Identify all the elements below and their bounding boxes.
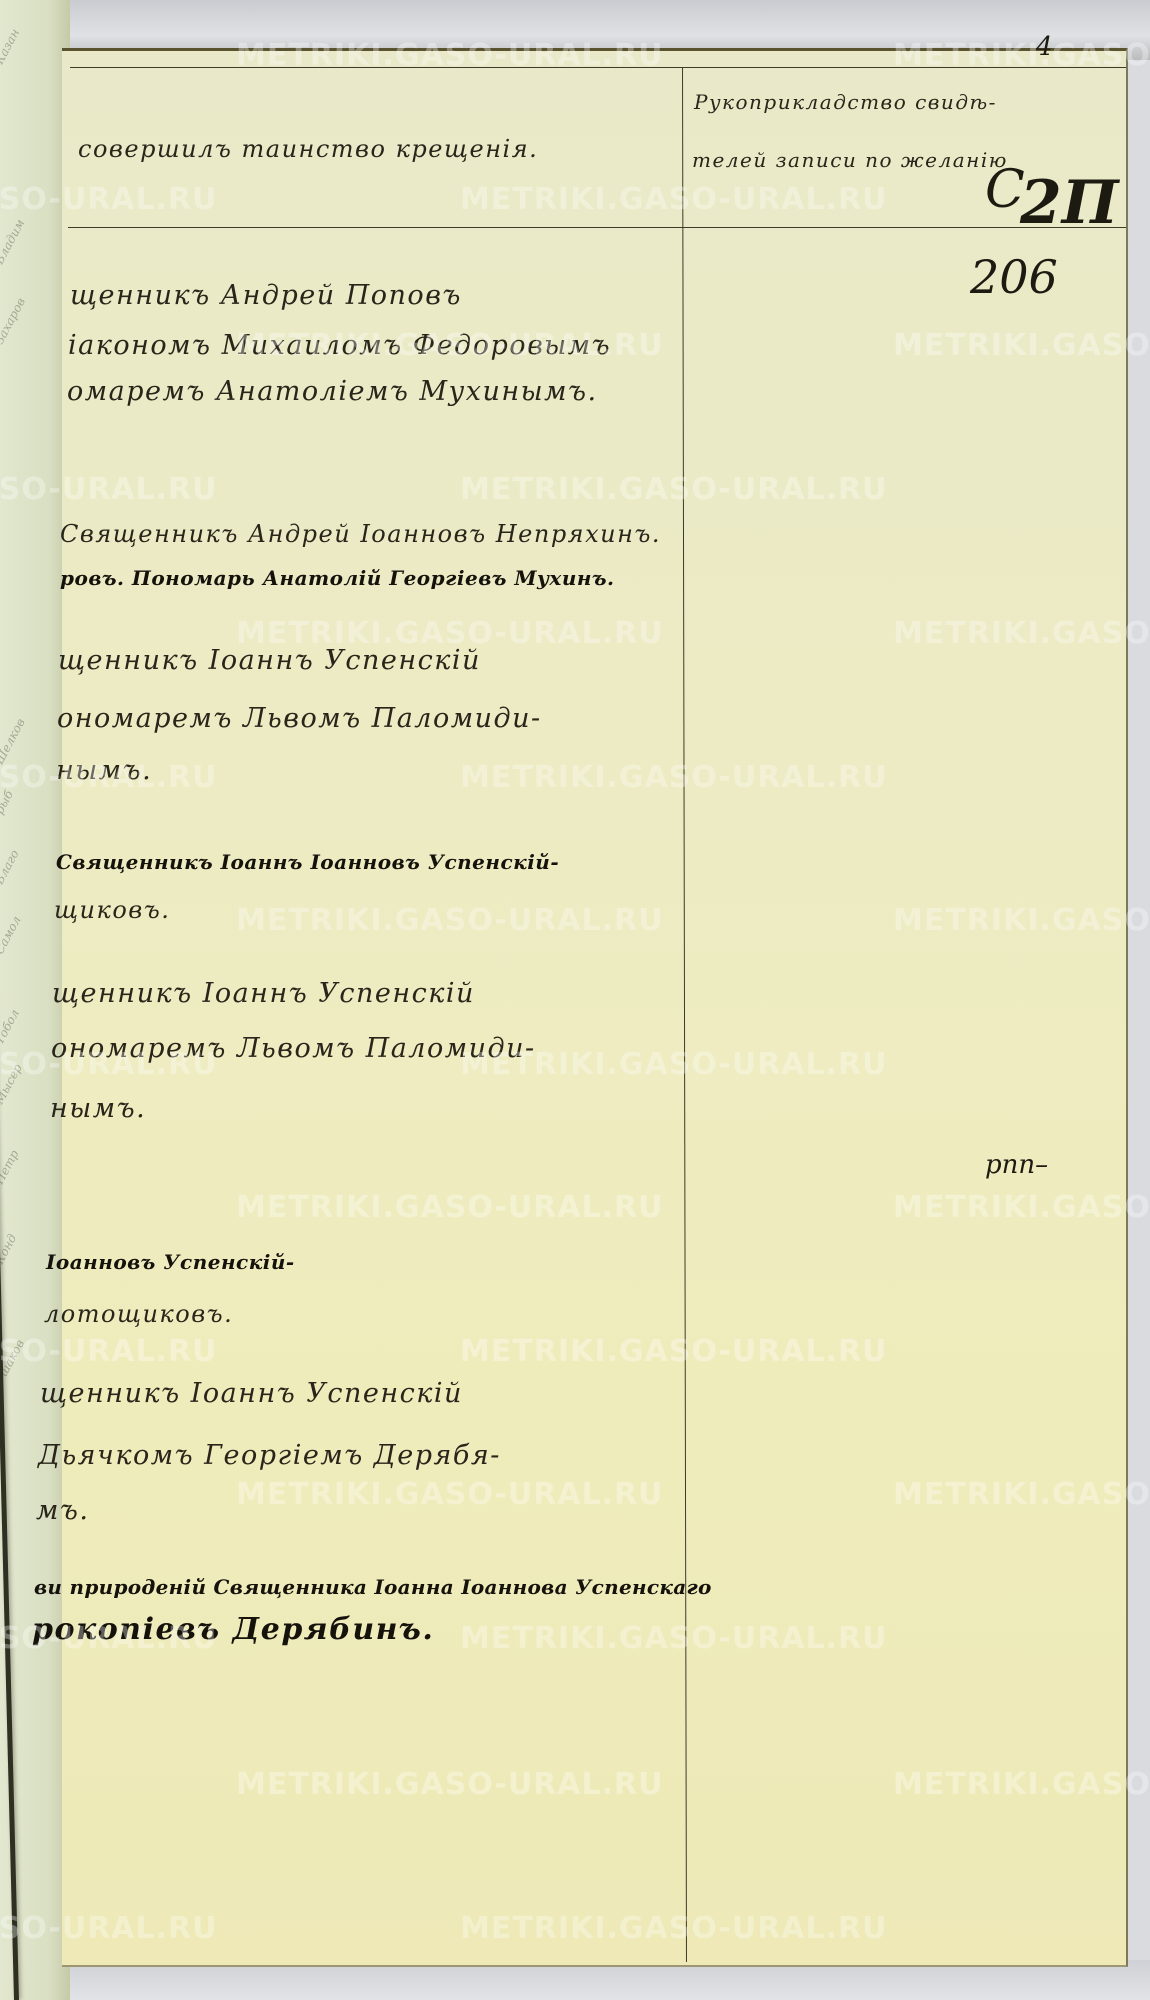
entry-8-line-1: ви природеній Священника Іоанна Іоаннова…: [34, 1575, 712, 1599]
entry-7-line-2: Дьячкомъ Георгіемъ Дерябя-: [38, 1440, 501, 1471]
entry-2-line-2: ровъ. Пономарь Анатолій Георгіевъ Мухинъ…: [60, 566, 614, 590]
archive-number-mark: 2П: [1020, 168, 1118, 238]
page-number-206: 206: [970, 250, 1058, 304]
header-top-rule: [70, 67, 1126, 68]
entry-2-line-1: Священникъ Андрей Іоанновъ Непряхинъ.: [60, 520, 661, 548]
entry-1-line-2: іакономъ Михаиломъ Федоровымъ: [68, 330, 611, 361]
entry-6-line-1: Іоанновъ Успенскій-: [46, 1250, 295, 1274]
entry-5-line-1: щенникъ Іоаннъ Успенскій: [52, 978, 475, 1009]
entry-3-line-1: щенникъ Іоаннъ Успенскій: [58, 645, 481, 676]
archive-prefix-mark: С: [985, 160, 1025, 220]
prev-page-fragment: Благо: [0, 809, 42, 886]
right-column-note: рпп–: [985, 1150, 1048, 1180]
entry-4-line-2: щиковъ.: [54, 896, 170, 924]
entry-5-line-3: нымъ.: [50, 1093, 146, 1124]
entry-5-line-2: ономаремъ Львомъ Паломиди-: [51, 1033, 536, 1064]
entry-1-line-1: щенникъ Андрей Поповъ: [70, 280, 462, 311]
entry-6-line-2: лотощиковъ.: [44, 1300, 233, 1328]
prev-page-fragment: Бладим: [0, 189, 42, 266]
entry-8-line-2: рокопіевъ Дерябинъ.: [32, 1612, 434, 1647]
corner-page-number: 4: [1036, 32, 1053, 62]
entry-3-line-2: ономаремъ Львомъ Паломиди-: [57, 703, 542, 734]
entry-7-line-1: щенникъ Іоаннъ Успенскій: [40, 1378, 463, 1409]
header-right-column-line1: Рукоприкладство свидѣ-: [694, 90, 997, 114]
prev-page-fragment: Конд: [0, 1189, 42, 1266]
entry-3-line-3: нымъ.: [56, 755, 152, 786]
prev-page-fragment: Самол: [0, 879, 42, 956]
header-left-column-text: совершилъ таинство крещенія.: [78, 135, 538, 163]
prev-page-fragment: Захаров: [0, 269, 42, 346]
header-bottom-rule: [68, 227, 1126, 228]
prev-page-fragment: Казан: [0, 0, 42, 67]
entry-7-line-3: мъ.: [36, 1495, 89, 1526]
prev-page-fragment: Петр: [0, 1109, 42, 1186]
entry-4-line-1: Священникъ Іоаннъ Іоанновъ Успенскій-: [56, 850, 559, 874]
entry-1-line-3: омаремъ Анатоліемъ Мухинымъ.: [67, 376, 598, 407]
prev-page-fragment: Ушаков: [0, 1309, 42, 1386]
header-right-column-line2: телей записи по желанію: [692, 148, 1008, 172]
